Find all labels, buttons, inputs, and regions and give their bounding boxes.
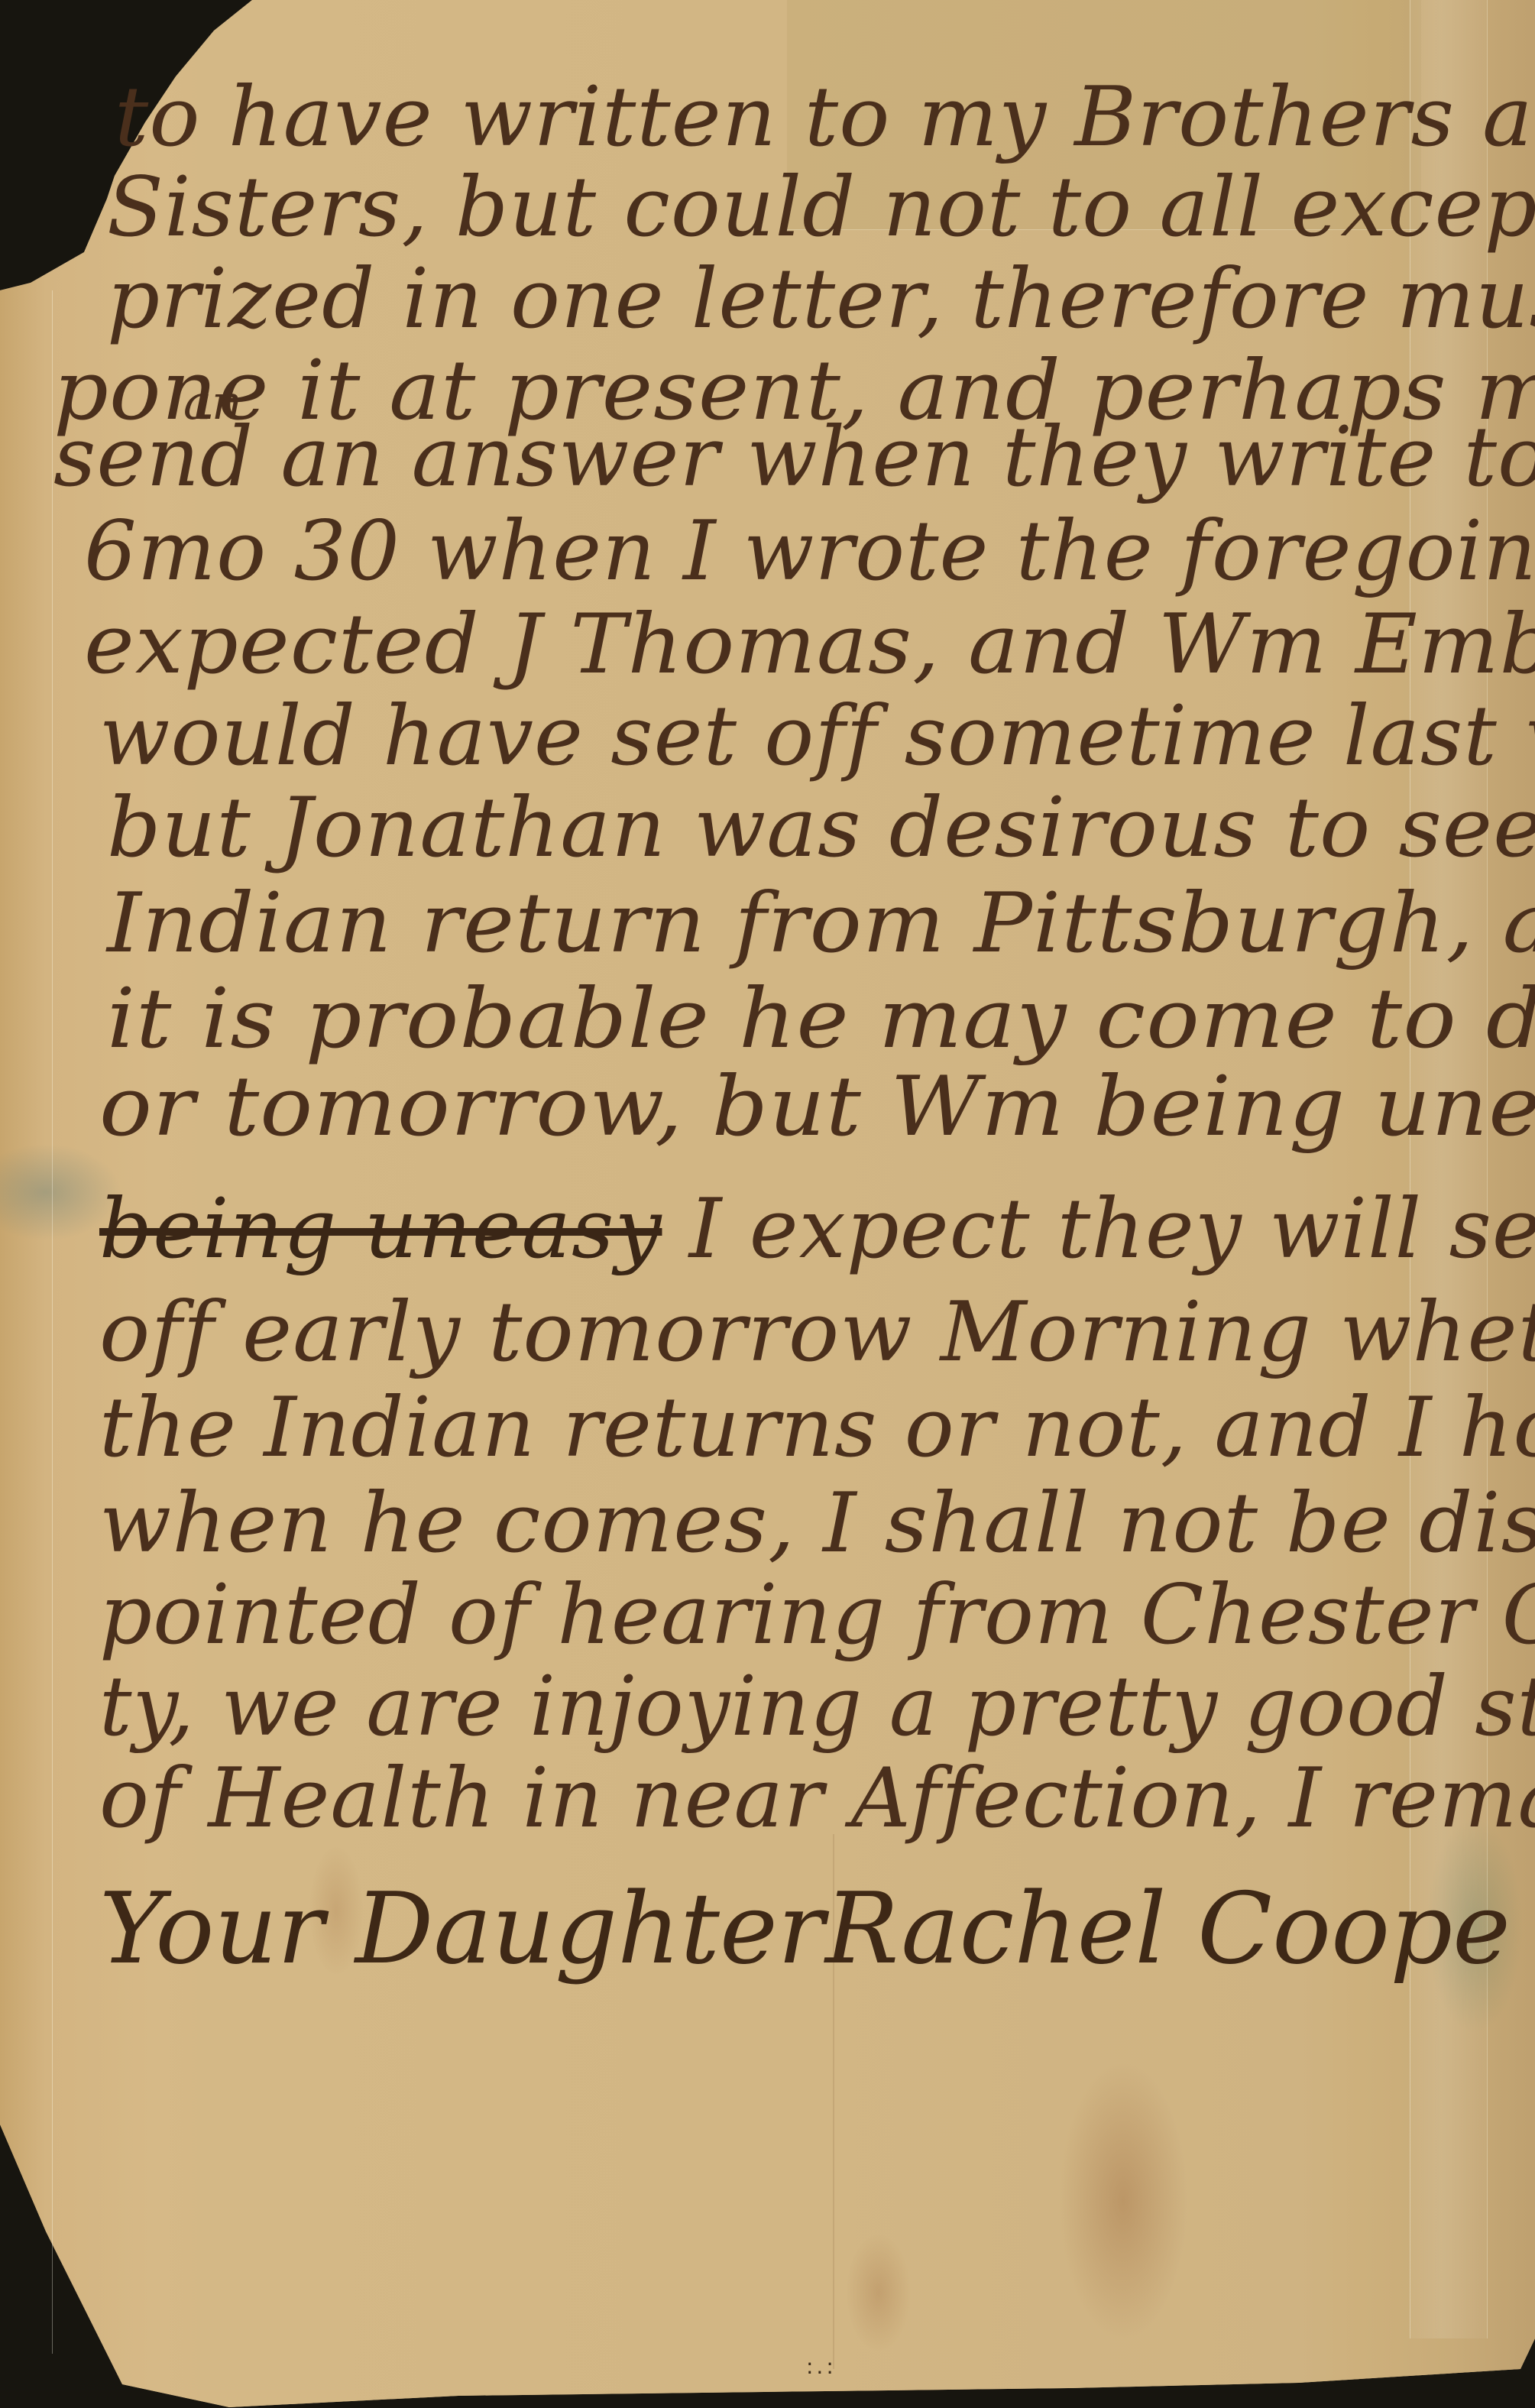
- handwritten-line: Indian return from Pittsburgh, and: [107, 883, 1535, 965]
- line-text: of Health in near Affection, I remain: [99, 1751, 1535, 1846]
- line-text: pointed of hearing from Chester Coun-: [99, 1567, 1535, 1663]
- line-text: I expect they will set: [662, 1181, 1535, 1277]
- handwritten-line: expected J Thomas, and Wm Embree: [84, 604, 1535, 686]
- page-mark: :.:: [806, 2354, 837, 2379]
- closing-salutation: Your Daughter: [99, 1872, 824, 1986]
- handwritten-line: or tomorrow, but Wm being uneasy: [99, 1066, 1535, 1149]
- handwritten-line: 6mo 30 when I wrote the foregoing I: [84, 510, 1535, 593]
- handwritten-line: of Health in near Affection, I remain: [99, 1758, 1535, 1840]
- handwritten-line: it is probable he may come to day: [107, 978, 1535, 1061]
- handwritten-line: would have set off sometime last week: [99, 695, 1535, 778]
- line-text: Sisters, but could not to all except com…: [107, 160, 1535, 255]
- handwritten-line: but Jonathan was desirous to see the: [107, 787, 1535, 870]
- line-text: but Jonathan was desirous to see the: [107, 780, 1535, 876]
- letter-body: to have written to my Brothers andSister…: [0, 0, 1535, 2408]
- interlinear-insertion: an: [183, 374, 242, 430]
- line-text: Indian return from Pittsburgh, and: [107, 876, 1535, 971]
- handwritten-line: when he comes, I shall not be disap-: [99, 1483, 1535, 1565]
- handwritten-line: to have written to my Brothers and: [115, 76, 1535, 159]
- handwritten-line: off early tomorrow Morning whether: [99, 1292, 1535, 1374]
- handwritten-line: Sisters, but could not to all except com…: [107, 167, 1535, 249]
- struck-text: being uneasy: [99, 1181, 662, 1277]
- line-text: send an answer when they write to me.: [53, 410, 1535, 505]
- line-text: it is probable he may come to day: [107, 971, 1535, 1067]
- document-scan: to have written to my Brothers andSister…: [0, 0, 1535, 2408]
- line-text: the Indian returns or not, and I hope: [99, 1380, 1535, 1476]
- handwritten-line: the Indian returns or not, and I hope: [99, 1387, 1535, 1470]
- signature: Rachel Coope: [825, 1872, 1511, 1986]
- line-text: 6mo 30 when I wrote the foregoing I: [84, 504, 1535, 599]
- handwritten-line: ty, we are injoying a pretty good state: [99, 1666, 1535, 1748]
- line-text: would have set off sometime last week: [99, 689, 1535, 784]
- line-text: ty, we are injoying a pretty good state: [99, 1659, 1535, 1755]
- line-text: off early tomorrow Morning whether: [99, 1285, 1535, 1380]
- line-text: prized in one letter, therefore must pos…: [107, 251, 1535, 347]
- line-text: expected J Thomas, and Wm Embree: [84, 597, 1535, 692]
- handwritten-line: pointed of hearing from Chester Coun-: [99, 1574, 1535, 1657]
- line-text: or tomorrow, but Wm being uneasy: [99, 1059, 1535, 1155]
- handwritten-line: being uneasy I expect they will set: [99, 1188, 1535, 1271]
- handwritten-line: send an answer when they write to me.: [53, 416, 1535, 499]
- handwritten-line: prized in one letter, therefore must pos…: [107, 258, 1535, 341]
- line-text: to have written to my Brothers and: [115, 70, 1535, 165]
- line-text: when he comes, I shall not be disap-: [99, 1476, 1535, 1571]
